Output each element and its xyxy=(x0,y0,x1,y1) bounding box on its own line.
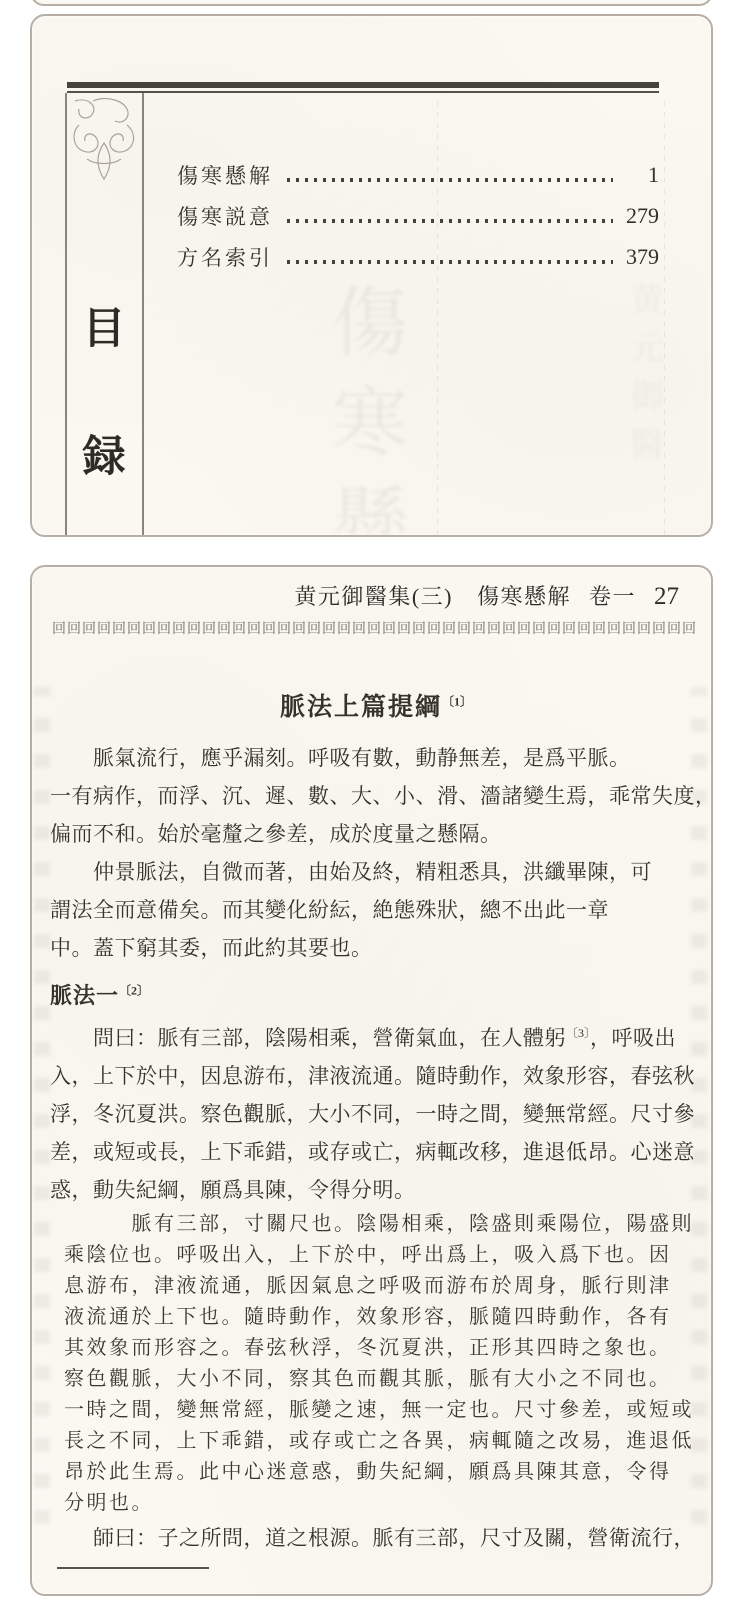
running-header: 黄元御醫集(三) 傷寒懸解 卷一 27 xyxy=(294,580,679,611)
block-heading: 脈法一〔2〕 xyxy=(50,977,702,1015)
toc-entry: 傷寒懸解1 xyxy=(177,154,659,195)
volume-label: 卷一 xyxy=(589,580,636,611)
meander-border: 回回回回回回回回回回回回回回回回回回回回回回回回回回回回回回回回回回回回回回回回… xyxy=(52,621,697,638)
block-commentary: 脈有三部，寸關尺也。陰陽相乘，陰盛則乘陽位，陽盛則 乘陰位也。呼吸出入，上下於中… xyxy=(64,1209,702,1519)
toc-entry-page: 1 xyxy=(623,162,659,188)
bleedthrough-watermark-right: 黄 元 御 醫 xyxy=(630,278,664,470)
block-title: 脈法上篇提綱〔1〕 xyxy=(50,687,702,723)
toc-list: 傷寒懸解1傷寒説意279方名索引379 xyxy=(177,154,659,277)
toc-entry-label: 傷寒説意 xyxy=(177,201,273,231)
series-title: 黄元御醫集(三) xyxy=(294,580,453,611)
block-para: 問曰：脈有三部，陰陽相乘，營衛氣血，在人體躬〔3〕，呼吸出 入，上下於中，因息游… xyxy=(50,1019,702,1209)
bleedthrough-watermark-center: 傷 寒 懸 xyxy=(332,274,408,537)
body-blocks: 脈法上篇提綱〔1〕 脈氣流行，應乎漏刻。呼吸有數，動静無差，是爲平脈。 一有病作… xyxy=(50,657,702,1557)
bleedthrough-left xyxy=(34,687,50,1524)
dot-leader xyxy=(287,260,613,264)
double-rule-bar xyxy=(67,82,659,93)
toc-page-panel: 傷 寒 懸 黄 元 御 醫 目 録 傷寒懸解1傷寒説意279方名索引379 xyxy=(30,14,713,537)
text-page-panel: 黄元御醫集(三) 傷寒懸解 卷一 27 回回回回回回回回回回回回回回回回回回回回… xyxy=(30,565,713,1596)
vertical-title-char-2: 録 xyxy=(65,436,143,479)
block-para: 脈氣流行，應乎漏刻。呼吸有數，動静無差，是爲平脈。 一有病作，而浮、沉、遲、數、… xyxy=(50,739,702,853)
book-title: 傷寒懸解 xyxy=(477,580,571,611)
toc-entry-label: 傷寒懸解 xyxy=(177,160,273,190)
page-number: 27 xyxy=(654,583,679,611)
toc-entry: 方名索引379 xyxy=(177,236,659,277)
floral-corner-ornament xyxy=(67,95,141,187)
toc-entry-page: 279 xyxy=(623,203,659,229)
footnote-rule xyxy=(57,1567,209,1569)
toc-entry: 傷寒説意279 xyxy=(177,195,659,236)
previous-panel-edge xyxy=(30,0,713,6)
page-crease-line xyxy=(664,96,665,535)
toc-entry-page: 379 xyxy=(623,244,659,270)
block-para: 仲景脈法，自微而著，由始及終，精粗悉具，洪纖畢陳，可 謂法全而意備矣。而其變化紛… xyxy=(50,853,702,967)
block-para: 師曰：子之所問，道之根源。脈有三部，尺寸及關，營衛流行， xyxy=(50,1519,702,1557)
toc-entry-label: 方名索引 xyxy=(177,242,273,272)
dot-leader xyxy=(287,178,613,182)
vertical-title-char-1: 目 xyxy=(65,308,143,351)
dot-leader xyxy=(287,219,613,223)
